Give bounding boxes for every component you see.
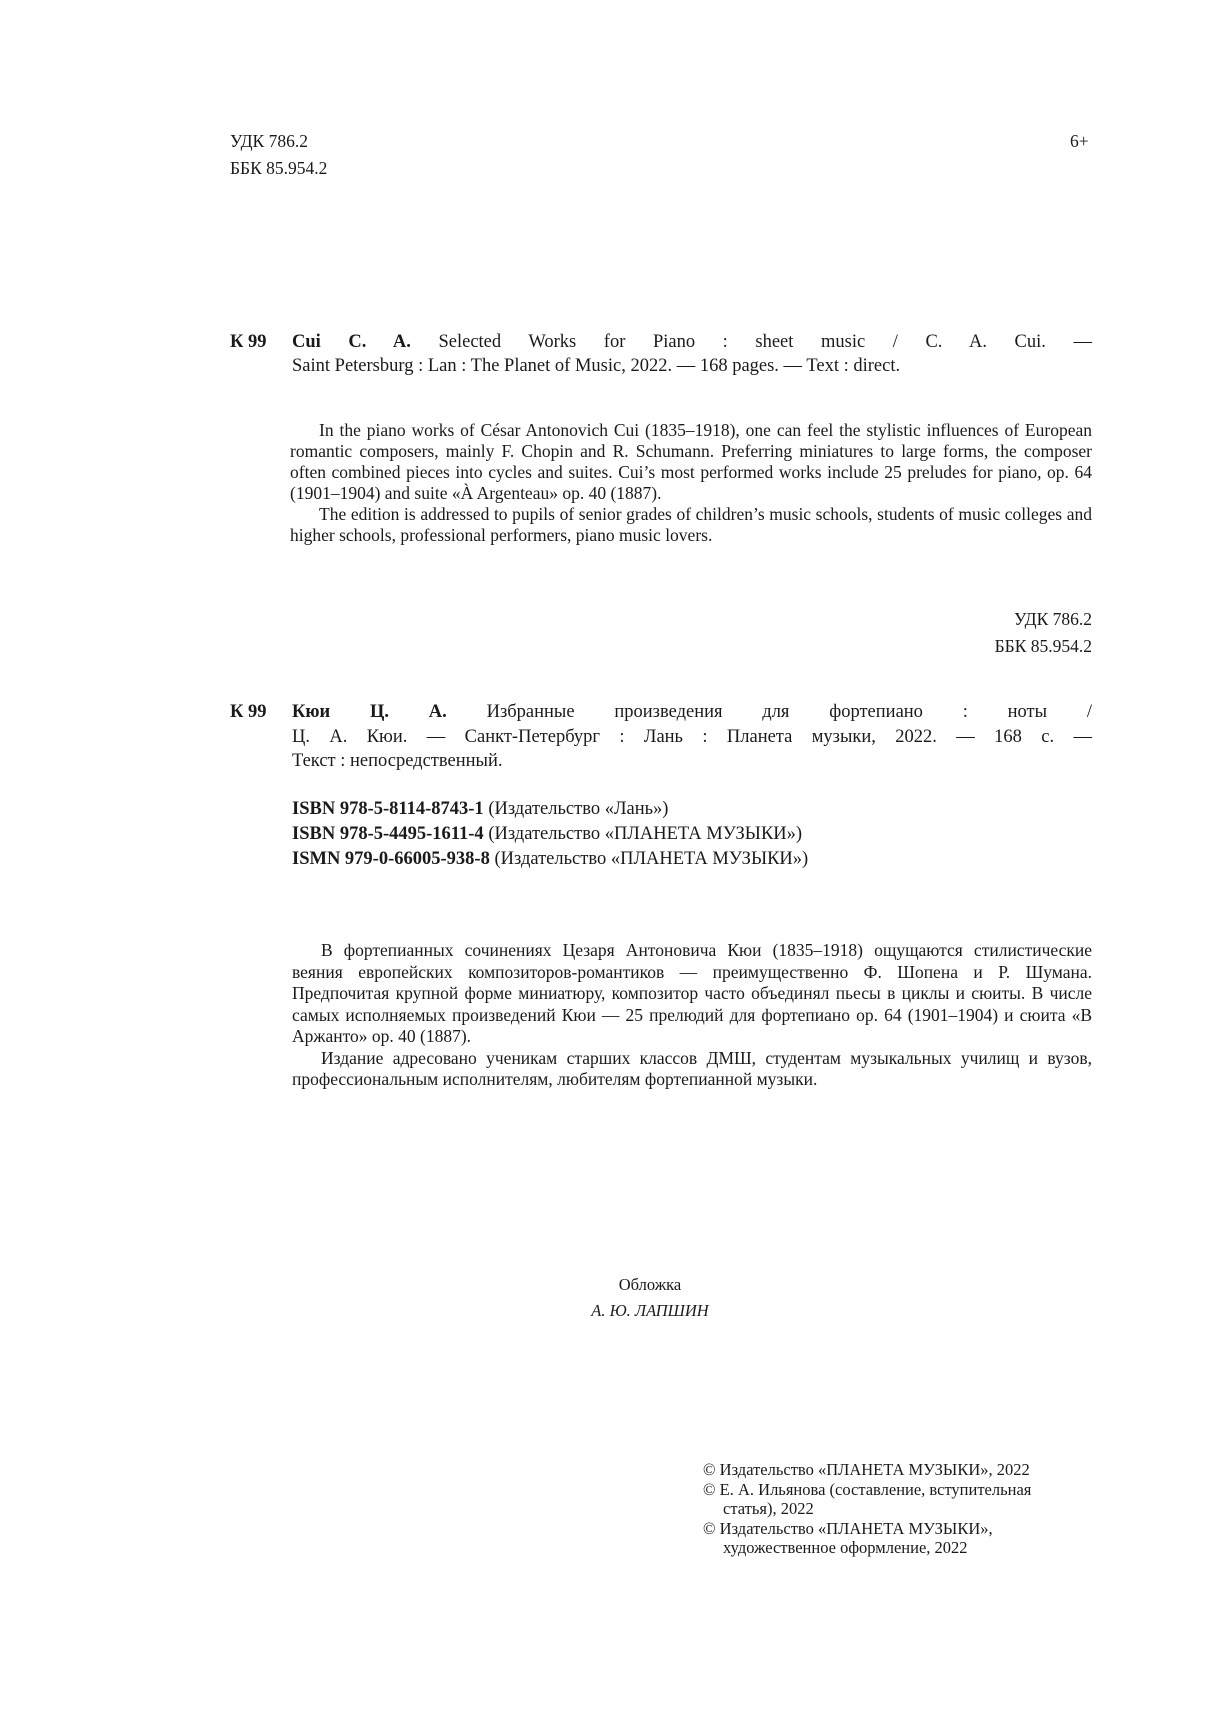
russian-entry: К 99 Кюи Ц. А. Избранные произведения дл… <box>230 700 1092 774</box>
abstract-paragraph: Издание адресовано ученикам старших клас… <box>292 1048 1092 1091</box>
isbn-number: ISBN 978-5-4495-1611-4 <box>292 824 484 844</box>
entry-title-line: Избранные произведения для фортепиано : … <box>487 702 1092 722</box>
abstract-paragraph: В фортепианных сочинениях Цезаря Антонов… <box>292 940 1092 1048</box>
copyright-line: © Издательство «ПЛАНЕТА МУЗЫКИ», 2022 <box>703 1460 1083 1480</box>
isbn-publisher: (Издательство «ПЛАНЕТА МУЗЫКИ») <box>488 824 802 844</box>
copyright-line: © Е. А. Ильянова (составление, вступител… <box>703 1480 1083 1519</box>
english-abstract: In the piano works of César Antonovich C… <box>290 420 1092 546</box>
entry-imprint-line: Ц. А. Кюи. — Санкт-Петербург : Лань : Пл… <box>230 725 1092 750</box>
entry-author: Кюи Ц. А. <box>292 702 447 722</box>
isbn-line: ISBN 978-5-4495-1611-4 (Издательство «ПЛ… <box>292 822 808 847</box>
entry-text-type: Текст : непосредственный. <box>230 749 1092 774</box>
ismn-publisher: (Издательство «ПЛАНЕТА МУЗЫКИ») <box>494 849 808 869</box>
entry-code: К 99 <box>230 330 292 354</box>
copyright-block: © Издательство «ПЛАНЕТА МУЗЫКИ», 2022 © … <box>703 1460 1083 1558</box>
age-rating: 6+ <box>1070 128 1089 155</box>
ismn-line: ISMN 979-0-66005-938-8 (Издательство «ПЛ… <box>292 847 808 872</box>
cover-designer: А. Ю. ЛАПШИН <box>500 1298 800 1324</box>
udk-code: УДК 786.2 <box>800 606 1092 633</box>
abstract-paragraph: The edition is addressed to pupils of se… <box>290 504 1092 546</box>
entry-imprint-line: Saint Petersburg : Lan : The Planet of M… <box>230 354 1092 378</box>
cover-label: Обложка <box>500 1272 800 1298</box>
identifiers: ISBN 978-5-8114-8743-1 (Издательство «Ла… <box>292 797 808 872</box>
english-entry: К 99 Cui C. A. Selected Works for Piano … <box>230 330 1092 378</box>
isbn-number: ISBN 978-5-8114-8743-1 <box>292 799 484 819</box>
russian-abstract: В фортепианных сочинениях Цезаря Антонов… <box>292 940 1092 1091</box>
bbk-code: ББК 85.954.2 <box>230 155 327 182</box>
cover-credit: Обложка А. Ю. ЛАПШИН <box>500 1272 800 1324</box>
top-classification: УДК 786.2 ББК 85.954.2 <box>230 128 327 182</box>
copyright-line: © Издательство «ПЛАНЕТА МУЗЫКИ», художес… <box>703 1519 1083 1558</box>
isbn-publisher: (Издательство «Лань») <box>488 799 668 819</box>
ismn-number: ISMN 979-0-66005-938-8 <box>292 849 490 869</box>
abstract-paragraph: In the piano works of César Antonovich C… <box>290 420 1092 504</box>
entry-title-line: Selected Works for Piano : sheet music /… <box>438 332 1092 352</box>
isbn-line: ISBN 978-5-8114-8743-1 (Издательство «Ла… <box>292 797 808 822</box>
udk-code: УДК 786.2 <box>230 128 327 155</box>
entry-author: Cui C. A. <box>292 332 411 352</box>
entry-code: К 99 <box>230 700 292 725</box>
bbk-code: ББК 85.954.2 <box>800 633 1092 660</box>
right-classification: УДК 786.2 ББК 85.954.2 <box>800 606 1092 660</box>
